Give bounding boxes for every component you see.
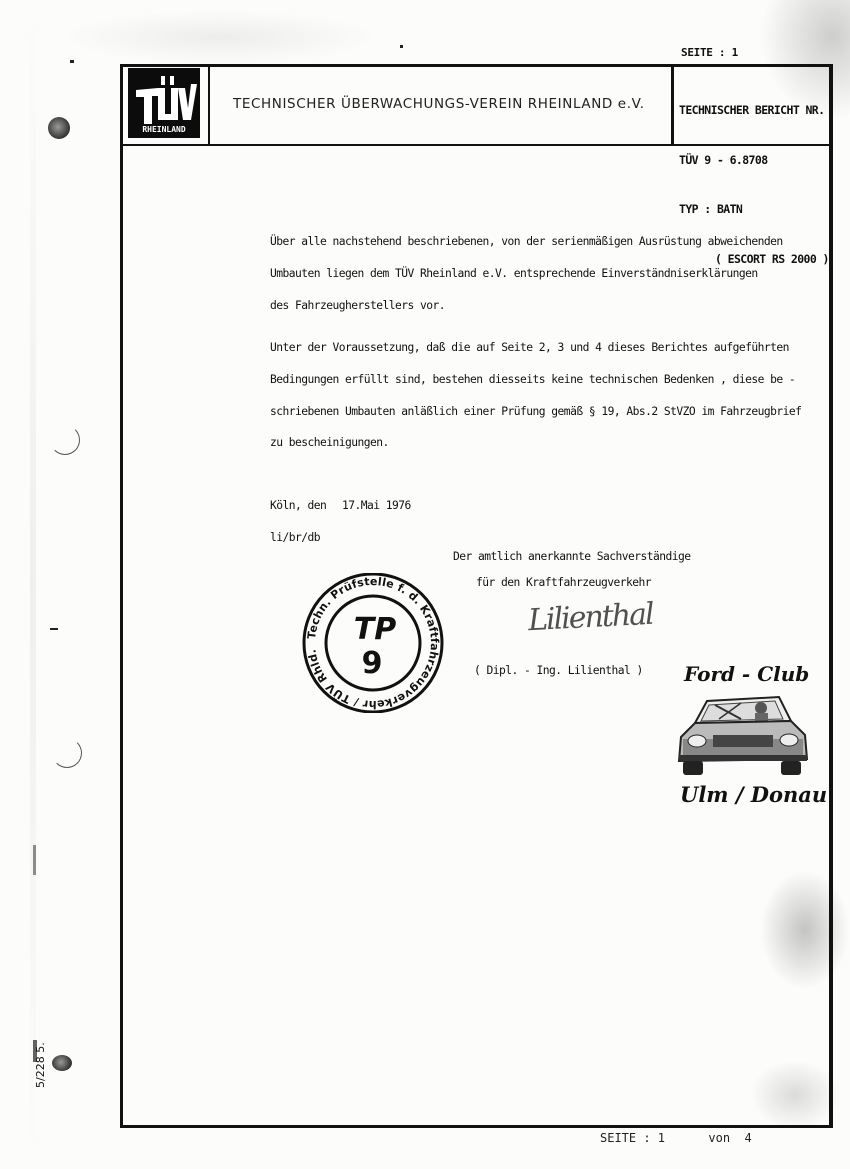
tuv-rheinland-logo: RHEINLAND	[128, 68, 200, 138]
punch-hole	[52, 1055, 72, 1071]
scan-mark	[33, 845, 36, 875]
official-stamp: Techn. Prüfstelle f. d. Kraftfahrzeugver…	[300, 573, 446, 713]
paragraph1-line: Umbauten liegen dem TÜV Rheinland e.V. e…	[270, 267, 758, 280]
paragraph2-line: Unter der Voraussetzung, daß die auf Sei…	[270, 341, 789, 354]
footer-total-pages: 4	[745, 1131, 752, 1145]
signer-name: ( Dipl. - Ing. Lilienthal )	[474, 664, 643, 677]
punch-hole	[48, 117, 70, 139]
report-title: TECHNISCHER BERICHT NR.	[679, 102, 829, 119]
report-info: TECHNISCHER BERICHT NR. TÜV 9 - 6.8708 T…	[679, 69, 829, 284]
footer-of-label: von	[708, 1131, 730, 1145]
svg-text:RHEINLAND: RHEINLAND	[142, 125, 186, 134]
footer-page: SEITE : 1	[600, 1131, 665, 1145]
stamp-center-top: TP	[354, 612, 396, 647]
car-illustration	[675, 693, 810, 779]
place-label: Köln, den	[270, 499, 326, 512]
scan-mark	[400, 45, 403, 48]
reference-code: li/br/db	[270, 531, 320, 544]
punch-hole-outline	[52, 738, 82, 768]
club-stamp-title: Ford - Club	[684, 662, 809, 686]
vehicle-model: ( ESCORT RS 2000 )	[679, 251, 829, 268]
page-footer: SEITE : 1 von 4	[600, 1131, 752, 1145]
paragraph2-line: schriebenen Umbauten anläßlich einer Prü…	[270, 405, 801, 418]
expert-title: Der amtlich anerkannte Sachverständige	[453, 550, 691, 563]
scan-mark	[70, 60, 74, 63]
paragraph2-line: zu bescheinigungen.	[270, 436, 389, 449]
margin-filing-code: 5/228 5.	[34, 1042, 47, 1088]
report-number: TÜV 9 - 6.8708	[679, 152, 829, 169]
document-date: 17.Mai 1976	[342, 499, 411, 512]
vehicle-type: TYP : BATN	[679, 201, 829, 218]
club-stamp-city: Ulm / Donau	[680, 782, 827, 807]
organization-name: TECHNISCHER ÜBERWACHUNGS-VEREIN RHEINLAN…	[233, 96, 645, 112]
scan-shadow	[60, 10, 380, 65]
scan-mark	[50, 628, 58, 630]
punch-hole-outline	[50, 425, 80, 455]
scan-edge	[30, 0, 36, 1169]
stamp-center-bottom: 9	[362, 646, 383, 681]
paragraph1-line: des Fahrzeugherstellers vor.	[270, 299, 445, 312]
paragraph1-line: Über alle nachstehend beschriebenen, von…	[270, 235, 783, 248]
header-divider	[208, 64, 210, 145]
page-indicator-top: SEITE : 1	[681, 46, 738, 59]
expert-scope: für den Kraftfahrzeugverkehr	[476, 576, 651, 589]
paragraph2-line: Bedingungen erfüllt sind, bestehen diess…	[270, 373, 795, 386]
handwritten-signature: Lilienthal	[527, 597, 653, 638]
header-divider	[671, 64, 674, 145]
